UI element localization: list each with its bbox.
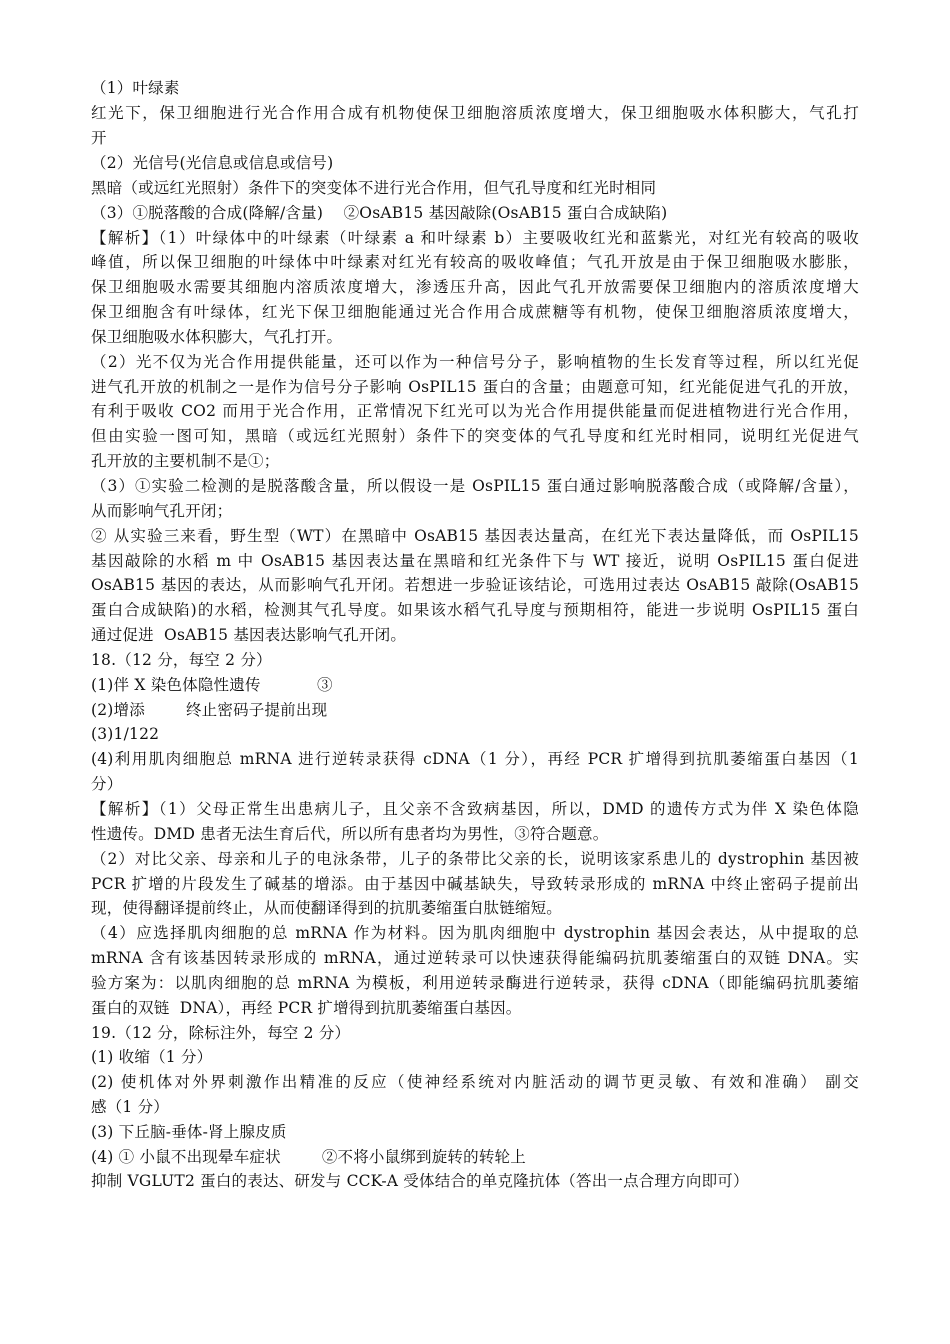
text-line: (1)伴 X 染色体隐性遗传 ③ <box>91 675 333 695</box>
text-line: 保卫细胞吸水需要其细胞内溶质浓度增大，渗透压升高，因此气孔开放需要保卫细胞内的溶… <box>91 277 859 297</box>
text-line: (2)增添 终止密码子提前出现 <box>91 700 327 720</box>
text-line: 通过促进 OsAB15 基因表达影响气孔开闭。 <box>91 625 406 645</box>
text-line: ② 从实验三来看，野生型（WT）在黑暗中 OsAB15 基因表达量高，在红光下表… <box>91 526 859 546</box>
text-line: PCR 扩增的片段发生了碱基的增添。由于基因中碱基缺失，导致转录形成的 mRNA… <box>91 874 859 894</box>
text-line: (4) ① 小鼠不出现晕车症状 ②不将小鼠绑到旋转的转轮上 <box>91 1147 526 1167</box>
text-line: (4)利用肌肉细胞总 mRNA 进行逆转录获得 cDNA（1 分），再经 PCR… <box>91 749 859 769</box>
text-line: (1) 收缩（1 分） <box>91 1047 212 1067</box>
text-line: 【解析】（1）叶绿体中的叶绿素（叶绿素 a 和叶绿素 b）主要吸收红光和蓝紫光，… <box>91 228 859 248</box>
text-line: （2）对比父亲、母亲和儿子的电泳条带，儿子的条带比父亲的长，说明该家系患儿的 d… <box>91 849 859 869</box>
text-line: 感（1 分） <box>91 1097 169 1117</box>
text-line: OsAB15 基因的表达，从而影响气孔开闭。若想进一步验证该结论，可选用过表达 … <box>91 575 859 595</box>
text-line: (3) 下丘脑-垂体-肾上腺皮质 <box>91 1122 287 1142</box>
text-line: (3)1/122 <box>91 724 159 744</box>
text-line: 峰值，所以保卫细胞的叶绿体中叶绿素对红光有较高的吸收峰值；气孔开放是由于保卫细胞… <box>91 252 859 272</box>
document-page: （1）叶绿素红光下，保卫细胞进行光合作用合成有机物使保卫细胞溶质浓度增大，保卫细… <box>0 0 950 1344</box>
text-line: 蛋白合成缺陷)的水稻，检测其气孔导度。如果该水稻气孔导度与预期相符，能进一步说明… <box>91 600 859 620</box>
text-line: 孔开放的主要机制不是①； <box>91 451 279 471</box>
text-line: 从而影响气孔开闭； <box>91 501 232 521</box>
text-line: （2）光信号(光信息或信息或信号) <box>91 153 333 173</box>
text-line: 保卫细胞吸水体积膨大，气孔打开。 <box>91 327 342 347</box>
text-line: 有利于吸收 CO2 而用于光合作用，正常情况下红光可以为光合作用提供能量而促进植… <box>91 401 859 421</box>
text-line: （3）①脱落酸的合成(降解/含量) ②OsAB15 基因敲除(OsAB15 蛋白… <box>91 203 667 223</box>
text-line: 性遗传。DMD 患者无法生育后代，所以所有患者均为男性，③符合题意。 <box>91 824 608 844</box>
text-line: 19.（12 分，除标注外，每空 2 分） <box>91 1023 350 1043</box>
text-line: 红光下，保卫细胞进行光合作用合成有机物使保卫细胞溶质浓度增大，保卫细胞吸水体积膨… <box>91 103 859 123</box>
text-line: 【解析】（1）父母正常生出患病儿子，且父亲不含致病基因，所以，DMD 的遗传方式… <box>91 799 859 819</box>
text-line: 分） <box>91 774 122 794</box>
text-line: （1）叶绿素 <box>91 78 180 98</box>
text-line: 进气孔开放的机制之一是作为信号分子影响 OsPIL15 蛋白的含量；由题意可知，… <box>91 377 859 397</box>
text-line: 但由实验一图可知，黑暗（或远红光照射）条件下的突变体的气孔导度和红光时相同，说明… <box>91 426 859 446</box>
text-line: 验方案为：以肌肉细胞的总 mRNA 为模板，利用逆转录酶进行逆转录，获得 cDN… <box>91 973 859 993</box>
text-line: 开 <box>91 128 107 148</box>
text-line: （3）①实验二检测的是脱落酸含量，所以假设一是 OsPIL15 蛋白通过影响脱落… <box>91 476 859 496</box>
text-line: 黑暗（或远红光照射）条件下的突变体不进行光合作用，但气孔导度和红光时相同 <box>91 178 656 198</box>
text-line: （4）应选择肌肉细胞的总 mRNA 作为材料。因为肌肉细胞中 dystrophi… <box>91 923 859 943</box>
text-line: mRNA 含有该基因转录形成的 mRNA，通过逆转录可以快速获得能编码抗肌萎缩蛋… <box>91 948 859 968</box>
text-line: （2）光不仅为光合作用提供能量，还可以作为一种信号分子，影响植物的生长发育等过程… <box>91 352 859 372</box>
text-line: 抑制 VGLUT2 蛋白的表达、研发与 CCK-A 受体结合的单克隆抗体（答出一… <box>91 1171 749 1191</box>
text-line: 18.（12 分，每空 2 分） <box>91 650 272 670</box>
text-line: (2) 使机体对外界刺激作出精准的反应（使神经系统对内脏活动的调节更灵敏、有效和… <box>91 1072 859 1092</box>
text-line: 基因敲除的水稻 m 中 OsAB15 基因表达量在黑暗和红光条件下与 WT 接近… <box>91 551 859 571</box>
text-line: 现，使得翻译提前终止，从而使翻译得到的抗肌萎缩蛋白肽链缩短。 <box>91 898 562 918</box>
text-line: 保卫细胞含有叶绿体，红光下保卫细胞能通过光合作用合成蔗糖等有机物，使保卫细胞溶质… <box>91 302 859 322</box>
text-line: 蛋白的双链 DNA），再经 PCR 扩增得到抗肌萎缩蛋白基因。 <box>91 998 522 1018</box>
